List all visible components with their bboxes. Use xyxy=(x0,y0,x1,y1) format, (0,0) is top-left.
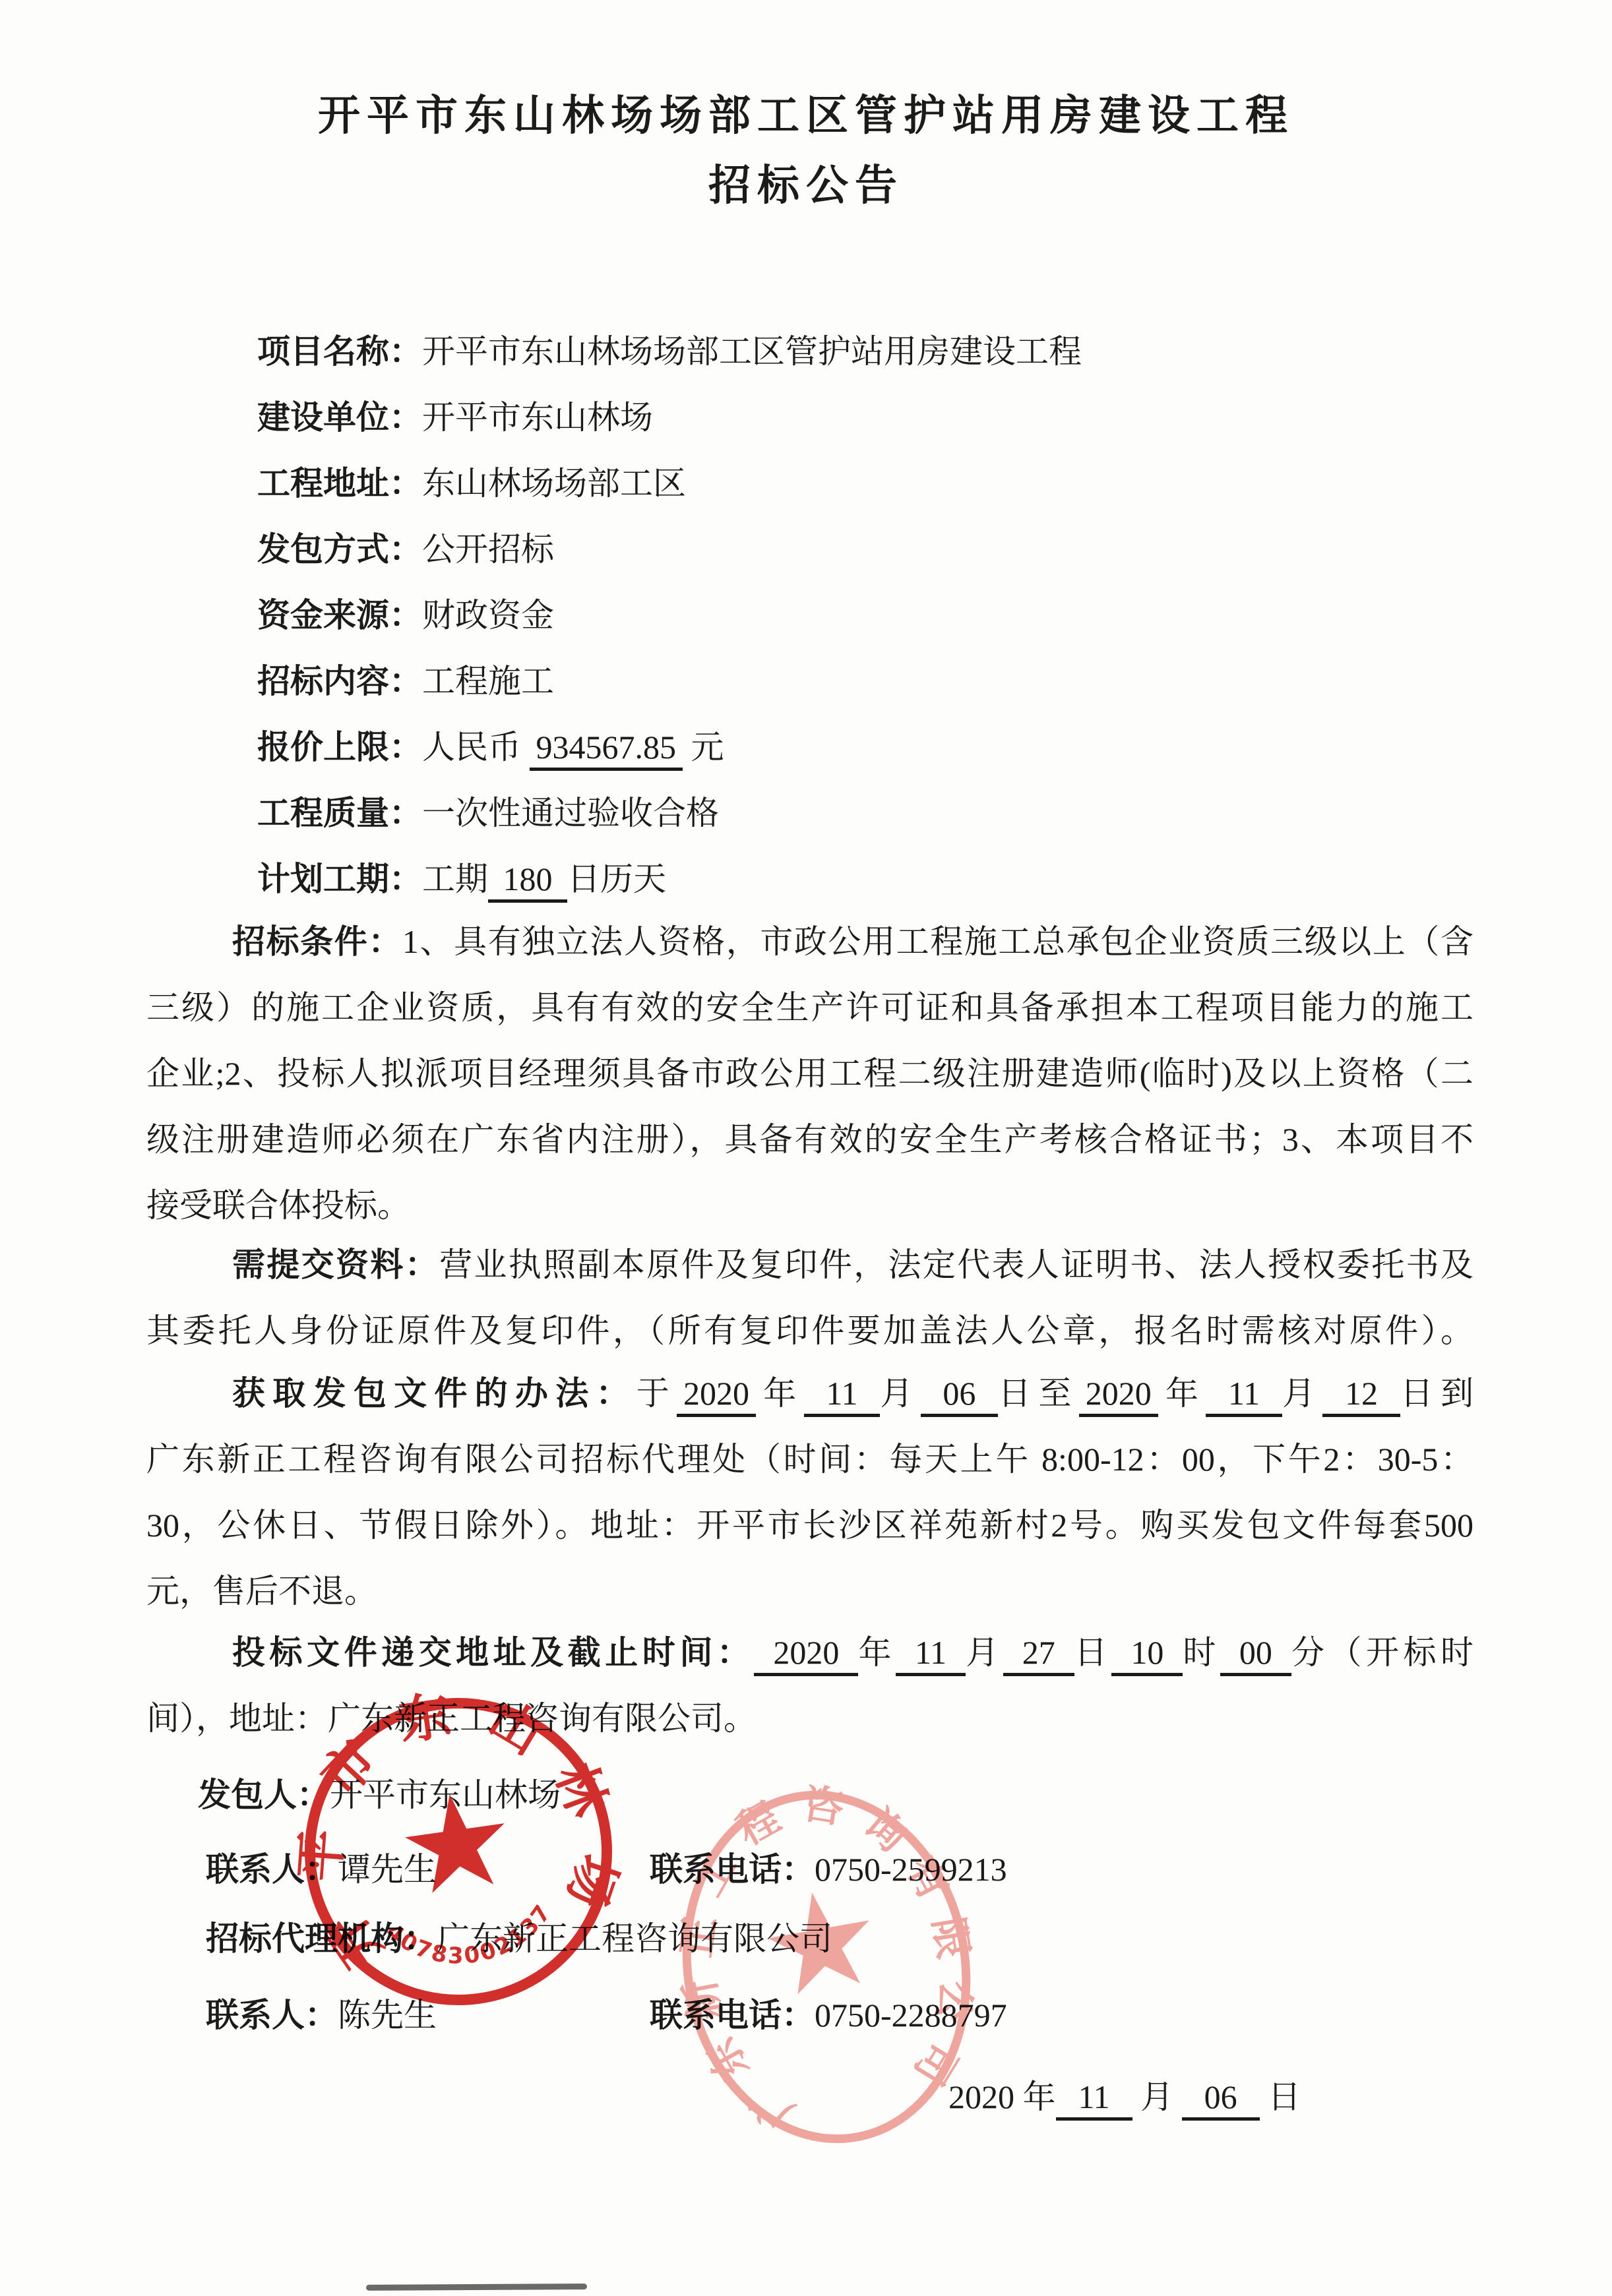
filled-blank: 180 xyxy=(488,861,567,903)
filled-blank: 06 xyxy=(921,1375,999,1417)
filled-blank: 00 xyxy=(1220,1634,1291,1676)
text-run: 开平市东山林场场部工区管护站用房建设工程 xyxy=(422,333,1082,370)
text-run: 联系电话： xyxy=(650,1851,815,1888)
text-run: 一次性通过验收合格 xyxy=(422,795,719,831)
text-line: 发包方式：公开招标 xyxy=(257,516,1082,582)
submission-deadline-paragraph: 投标文件递交地址及截止时间： 2020 年 11 月 27 日 10 时 00 … xyxy=(146,1619,1473,1751)
text-line: 工程地址：东山林场场部工区 xyxy=(257,450,1082,516)
filled-blank: 934567.85 xyxy=(530,729,683,771)
required-documents-paragraph: 需提交资料：营业执照副本原件及复印件，法定代表人证明书、法人授权委托书及其委托人… xyxy=(146,1232,1473,1364)
text-run: 年 xyxy=(1158,1375,1206,1412)
filled-blank: 11 xyxy=(804,1375,881,1417)
text-run: 报价上限： xyxy=(257,729,422,766)
agency-contact-phone: 联系电话：0750-2288797 xyxy=(650,1992,1007,2038)
text-run: 项目名称： xyxy=(257,333,422,370)
text-run: 广东新正工程咨询有限公司招标代理处（时间：每天上午 8:00-12：00，下午2… xyxy=(146,1441,1473,1478)
filled-blank: 06 xyxy=(1182,2078,1260,2121)
employer-contact-name: 联系人：谭先生 xyxy=(206,1846,437,1892)
scanned-tender-announcement-page: 开平市东山林场场部工区管护站用房建设工程 招标公告 项目名称：开平市东山林场场部… xyxy=(0,0,1612,2296)
agency-official-seal: 广东新正工程咨询有限公司 xyxy=(655,1756,998,2178)
text-line: 企业;2、投标人拟派项目经理须具备市政公用工程二级注册建造师(临时)及以上资格（… xyxy=(146,1041,1473,1106)
text-line: 间），地址：广东新正工程咨询有限公司。 xyxy=(146,1685,1473,1751)
text-run: 日 xyxy=(1074,1634,1112,1671)
text-line: 30，公休日、节假日除外）。地址：开平市长沙区祥苑新村2号。购买发包文件每套50… xyxy=(146,1492,1473,1558)
text-line: 报价上限：人民币 934567.85 元 xyxy=(257,714,1082,780)
text-run: 联系电话： xyxy=(650,1997,815,2034)
text-run: 计划工期： xyxy=(257,861,422,897)
filled-blank: 27 xyxy=(1003,1634,1074,1676)
text-run: 月 xyxy=(880,1375,920,1412)
text-line: 工程质量：一次性通过验收合格 xyxy=(257,780,1082,846)
text-run: 工程地址： xyxy=(257,465,422,502)
filled-blank: 11 xyxy=(1206,1375,1282,1417)
text-run: 0750-2599213 xyxy=(815,1851,1007,1888)
text-run: 营业执照副本原件及复印件，法定代表人证明书、法人授权委托书及 xyxy=(439,1246,1473,1283)
text-line: 招标内容：工程施工 xyxy=(257,648,1082,714)
text-run: 级注册建造师必须在广东省内注册），具备有效的安全生产考核合格证书；3、本项目不 xyxy=(146,1121,1473,1158)
text-run: 间），地址：广东新正工程咨询有限公司。 xyxy=(146,1700,757,1737)
text-run: 资金来源： xyxy=(257,597,422,634)
text-run: 1、具有独立法人资格，市政公用工程施工总承包企业资质三级以上（含 xyxy=(402,923,1473,960)
text-run: 元 xyxy=(683,729,724,766)
text-run: 需提交资料： xyxy=(232,1246,439,1283)
text-line: 需提交资料：营业执照副本原件及复印件，法定代表人证明书、法人授权委托书及 xyxy=(146,1232,1473,1298)
text-run: 日 xyxy=(1260,2078,1301,2115)
text-line: 投标文件递交地址及截止时间： 2020 年 11 月 27 日 10 时 00 … xyxy=(146,1619,1473,1685)
text-line: 广东新正工程咨询有限公司招标代理处（时间：每天上午 8:00-12：00，下午2… xyxy=(146,1426,1473,1492)
text-line: 计划工期：工期 180 日历天 xyxy=(257,846,1082,912)
text-run: 广东新正工程咨询有限公司 xyxy=(437,1920,832,1957)
filled-blank: 11 xyxy=(896,1634,966,1676)
text-run: 三级）的施工企业资质，具有有效的安全生产许可证和具备承担本工程项目能力的施工 xyxy=(146,989,1473,1026)
text-run: 陈先生 xyxy=(338,1997,437,2034)
text-run: 年 xyxy=(858,1634,896,1671)
text-run: 发包人： xyxy=(198,1776,330,1813)
text-line: 项目名称：开平市东山林场场部工区管护站用房建设工程 xyxy=(257,318,1082,384)
text-line: 其委托人身份证原件及复印件，（所有复印件要加盖法人公章，报名时需核对原件）。 xyxy=(146,1298,1473,1364)
text-run: 日至 xyxy=(998,1375,1079,1412)
filled-blank: 2020 xyxy=(754,1634,858,1676)
text-run: 发包方式： xyxy=(257,531,422,568)
text-run: 开平市东山林场 xyxy=(330,1776,561,1813)
filled-blank: 2020 xyxy=(677,1375,756,1417)
text-run: 财政资金 xyxy=(422,597,554,634)
text-run: 联系人： xyxy=(206,1851,338,1888)
text-run: 工程施工 xyxy=(422,663,554,700)
text-run: 企业;2、投标人拟派项目经理须具备市政公用工程二级注册建造师(临时)及以上资格（… xyxy=(146,1055,1473,1092)
text-run: 联系人： xyxy=(206,1997,338,2034)
text-run: 年 xyxy=(756,1375,804,1412)
text-line: 级注册建造师必须在广东省内注册），具备有效的安全生产考核合格证书；3、本项目不 xyxy=(146,1106,1473,1172)
text-run: 东山林场场部工区 xyxy=(422,465,686,502)
text-line: 接受联合体投标。 xyxy=(146,1172,1473,1238)
obtain-documents-paragraph: 获取发包文件的办法：于2020年 11 月 06 日至2020年 11 月 12… xyxy=(146,1360,1473,1624)
text-run: 其委托人身份证原件及复印件，（所有复印件要加盖法人公章，报名时需核对原件）。 xyxy=(146,1312,1473,1349)
filled-blank: 2020 xyxy=(1079,1375,1158,1417)
text-line: 招标条件：1、具有独立法人资格，市政公用工程施工总承包企业资质三级以上（含 xyxy=(146,909,1473,975)
text-run: 月 xyxy=(966,1634,1003,1671)
text-line: 资金来源：财政资金 xyxy=(257,582,1082,648)
text-run: 招标条件： xyxy=(232,923,402,960)
text-run: 建设单位： xyxy=(257,399,422,436)
text-run: 获取发包文件的办法： xyxy=(232,1375,636,1412)
text-run: 人民币 xyxy=(422,729,530,766)
text-run: 谭先生 xyxy=(338,1851,437,1888)
agency-contact-name: 联系人：陈先生 xyxy=(206,1992,437,2038)
text-line: 元，售后不退。 xyxy=(146,1558,1473,1624)
text-run: 招标代理机构： xyxy=(206,1920,437,1957)
text-run: 元，售后不退。 xyxy=(146,1573,377,1610)
agency-line: 招标代理机构：广东新正工程咨询有限公司 xyxy=(206,1916,832,1962)
text-run: 工程质量： xyxy=(257,795,422,831)
scan-artifact xyxy=(366,2283,587,2291)
text-run: 2020 年 xyxy=(948,2078,1056,2115)
text-run: 公开招标 xyxy=(422,531,554,568)
text-run: 月 xyxy=(1282,1375,1322,1412)
text-run: 时 xyxy=(1183,1634,1220,1671)
tender-conditions-paragraph: 招标条件：1、具有独立法人资格，市政公用工程施工总承包企业资质三级以上（含三级）… xyxy=(146,909,1473,1238)
employer-contact-phone: 联系电话：0750-2599213 xyxy=(650,1846,1007,1892)
text-line: 三级）的施工企业资质，具有有效的安全生产许可证和具备承担本工程项目能力的施工 xyxy=(146,975,1473,1041)
text-run: 日到 xyxy=(1400,1375,1473,1412)
text-run: 分（开标时 xyxy=(1291,1634,1473,1671)
text-run: 投标文件递交地址及截止时间： xyxy=(232,1634,754,1671)
text-run: 接受联合体投标。 xyxy=(146,1187,410,1224)
text-run: 月 xyxy=(1132,2078,1182,2115)
filled-blank: 10 xyxy=(1111,1634,1183,1676)
document-title-line2: 招标公告 xyxy=(0,154,1612,217)
text-line: 建设单位：开平市东山林场 xyxy=(257,384,1082,450)
text-run: 工期 xyxy=(422,861,488,897)
text-run: 30，公休日、节假日除外）。地址：开平市长沙区祥苑新村2号。购买发包文件每套50… xyxy=(146,1507,1473,1544)
seal-ring xyxy=(660,1773,993,2161)
filled-blank: 12 xyxy=(1322,1375,1400,1417)
project-info-field-list: 项目名称：开平市东山林场场部工区管护站用房建设工程建设单位：开平市东山林场工程地… xyxy=(257,318,1082,912)
employer-line: 发包人：开平市东山林场 xyxy=(198,1772,561,1818)
text-run: 开平市东山林场 xyxy=(422,399,653,436)
text-run: 0750-2288797 xyxy=(815,1997,1007,2034)
announcement-date: 2020 年11 月 06 日 xyxy=(948,2074,1301,2120)
text-run: 于 xyxy=(636,1375,677,1412)
text-line: 获取发包文件的办法：于2020年 11 月 06 日至2020年 11 月 12… xyxy=(146,1360,1473,1426)
text-run: 招标内容： xyxy=(257,663,422,700)
text-run: 日历天 xyxy=(567,861,666,897)
document-title-line1: 开平市东山林场场部工区管护站用房建设工程 xyxy=(0,84,1612,147)
filled-blank: 11 xyxy=(1056,2078,1132,2121)
